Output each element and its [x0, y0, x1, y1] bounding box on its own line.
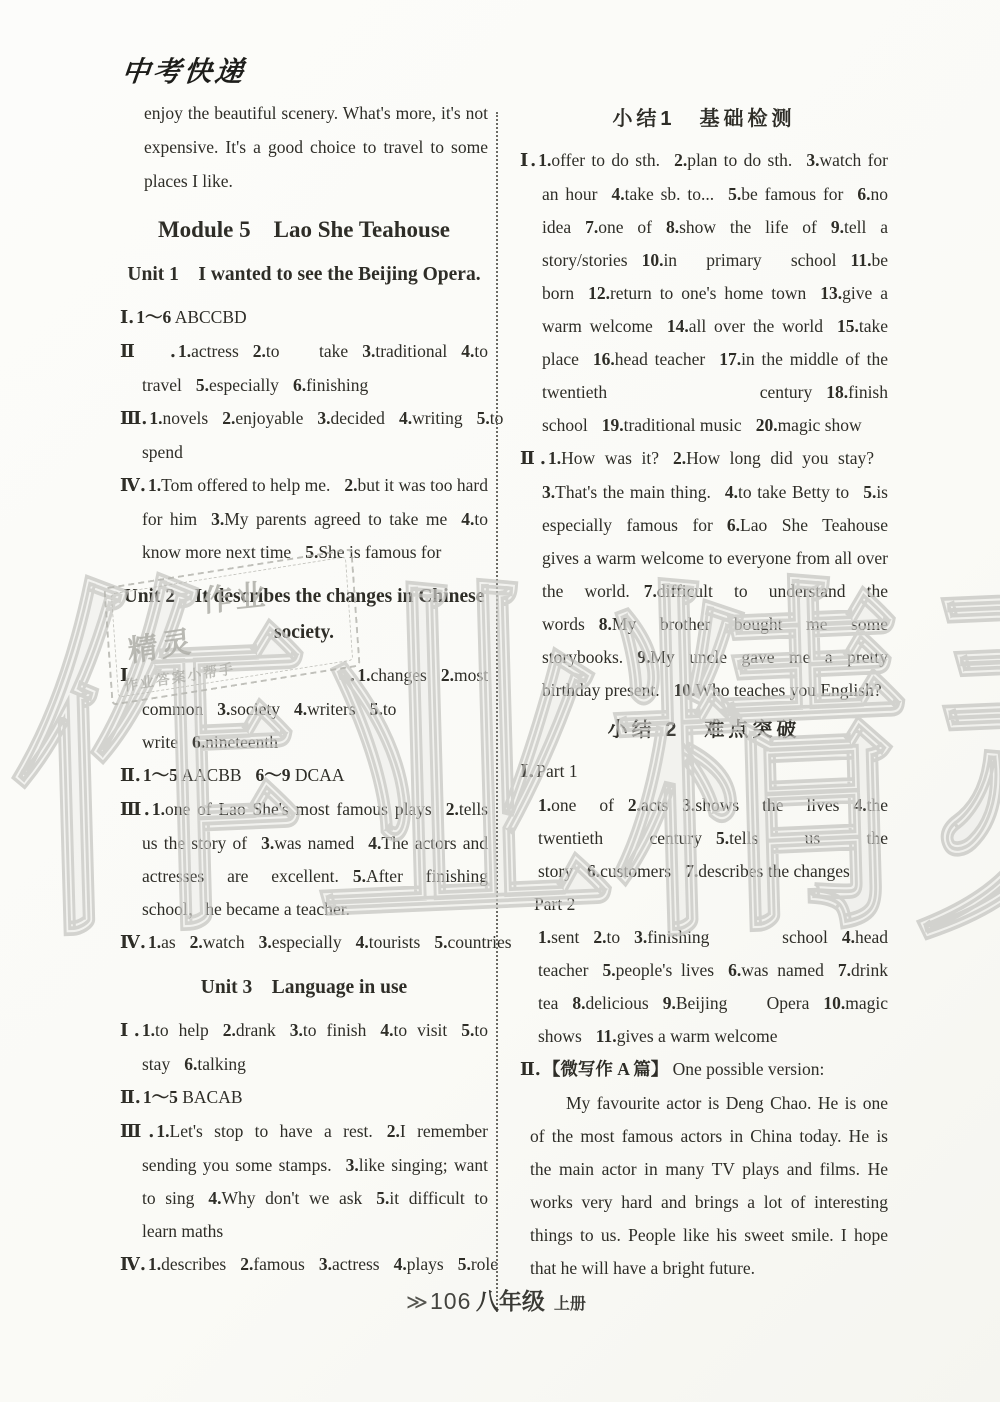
- page-number: 106: [430, 1288, 471, 1314]
- answer-text: in primary school: [663, 250, 836, 270]
- answer-text: describes the changes: [698, 861, 850, 881]
- answer-text: Beijing Opera: [676, 993, 810, 1013]
- answer-item: 1.Tom offered to help me.: [148, 475, 330, 495]
- answer-number: 16.: [593, 349, 615, 369]
- answer-block: Ⅲ.1.novels2.enjoyable3.decided4.writing5…: [120, 402, 488, 469]
- answer-block: Ⅰ.Part 1: [520, 755, 888, 789]
- answer-text: to finish: [303, 1020, 366, 1040]
- answer-text: drank: [236, 1020, 276, 1040]
- answer-text: plays: [407, 1254, 444, 1274]
- answer-text: head teacher: [615, 349, 705, 369]
- answer-number: 2.: [674, 150, 687, 170]
- answer-text: traditional music: [624, 415, 742, 435]
- answer-text: nineteenth: [205, 732, 278, 752]
- answer-number: 3.: [634, 927, 647, 947]
- grade-label: 八年级: [476, 1288, 545, 1314]
- answer-text: She is famous for: [318, 542, 441, 562]
- answer-number: 6.: [293, 375, 306, 395]
- answer-number: 2.: [673, 448, 686, 468]
- answer-text: actress: [191, 341, 239, 361]
- answer-text: one of: [551, 795, 614, 815]
- answer-item: 1.novels: [149, 408, 208, 428]
- answer-number: 11.: [851, 250, 872, 270]
- section-numeral: Ⅰ.: [520, 762, 534, 782]
- paragraph: My favourite actor is Deng Chao. He is o…: [530, 1087, 888, 1285]
- answer-item: 6.nineteenth: [192, 732, 278, 752]
- answer-number: 1.: [142, 1020, 155, 1040]
- answer-number: 1.: [152, 799, 165, 819]
- answer-number: 4.: [399, 408, 412, 428]
- answer-number: 4.: [725, 482, 738, 502]
- answer-block: Ⅱ.【微写作 A 篇】 One possible version:: [520, 1053, 888, 1087]
- answer-block: Ⅰ.1.changes2.most common3.society4.write…: [120, 659, 488, 759]
- answer-block: Ⅰ.1.to help2.drank3.to finish4.to visit5…: [120, 1014, 488, 1081]
- section-numeral: Ⅱ.: [120, 766, 141, 786]
- answer-text: changes: [370, 665, 426, 685]
- answer-text: all over the world: [689, 316, 823, 336]
- section-numeral: Ⅳ.: [120, 476, 146, 496]
- answer-text: plan to do sth.: [687, 150, 792, 170]
- answer-text: delicious: [586, 993, 649, 1013]
- answer-item: 2.enjoyable: [222, 408, 303, 428]
- answer-number: 12.: [588, 283, 610, 303]
- answer-item: 2.acts: [628, 795, 668, 815]
- answer-item: 6.customers: [587, 861, 671, 881]
- answer-number: 3.: [317, 408, 330, 428]
- answer-number: 8.: [599, 614, 612, 634]
- answer-item: 5.especially: [196, 375, 279, 395]
- answer-item: 3.finishing school: [634, 927, 828, 947]
- answer-item: 3.My parents agreed to take me: [211, 509, 447, 529]
- answer-number: 4.: [461, 341, 474, 361]
- answer-item: 20.magic show: [756, 415, 862, 435]
- answer-item: 1～5 BACAB: [143, 1087, 243, 1107]
- answer-block: Ⅱ.1～5 AACBB6～9 DCAA: [120, 759, 488, 793]
- answer-item: 1.actress: [178, 341, 239, 361]
- section-heading: 小结 2 难点突破: [520, 715, 888, 745]
- part-label: Part 2: [534, 888, 888, 921]
- answer-number: 17.: [719, 349, 741, 369]
- answer-item: 3.especially: [259, 932, 342, 952]
- answer-item: 3.society: [217, 699, 280, 719]
- answer-number: 4.: [380, 1020, 393, 1040]
- answer-number: 6.: [184, 1054, 197, 1074]
- answer-text: Why don't we ask: [222, 1188, 363, 1208]
- answer-number: 19.: [602, 415, 624, 435]
- answer-item: 4.to visit: [380, 1020, 447, 1040]
- answer-text: Let's stop to have a rest.: [170, 1121, 373, 1141]
- answer-number: 11.: [596, 1026, 617, 1046]
- answer-text: traditional: [375, 341, 447, 361]
- answer-item: 16.head teacher: [593, 349, 705, 369]
- answer-number: 2.: [344, 475, 357, 495]
- answer-number: 5.: [458, 1254, 471, 1274]
- answer-number: 1.: [538, 927, 551, 947]
- answer-number: 7.: [838, 960, 851, 980]
- answer-block: Ⅰ.1～6 ABCCBD: [120, 301, 488, 335]
- section-numeral: Ⅱ.: [120, 342, 176, 362]
- section-numeral: Ⅱ.: [520, 449, 546, 469]
- answer-number: 1.: [548, 448, 561, 468]
- answer-number: 3.: [806, 150, 819, 170]
- answer-number: 1～5: [143, 1087, 178, 1107]
- answer-number: 1.: [357, 665, 370, 685]
- answer-block: Ⅳ.1.Tom offered to help me.2.but it was …: [120, 469, 488, 569]
- section-numeral: Ⅳ.: [120, 1255, 146, 1275]
- answer-text: one of Lao She's most famous plays: [165, 799, 432, 819]
- answer-number: 3.: [682, 795, 695, 815]
- answer-item: 9.Beijing Opera: [663, 993, 810, 1013]
- answer-text: BACAB: [178, 1087, 243, 1107]
- answer-text: especially: [272, 932, 342, 952]
- answer-text: to take Betty to: [738, 482, 849, 502]
- answer-block: Ⅳ.1.describes2.famous3.actress4.plays5.r…: [120, 1248, 488, 1282]
- answer-text: Part 1: [536, 761, 577, 781]
- answer-number: 5.: [716, 828, 729, 848]
- answer-text: novels: [163, 408, 209, 428]
- answer-number: 20.: [756, 415, 778, 435]
- answer-number: 5.: [728, 184, 741, 204]
- answer-item: 1.Let's stop to have a rest.: [156, 1121, 372, 1141]
- answer-item: Part 1: [536, 761, 577, 781]
- unit-heading: Unit 2 It describes the changes in Chine…: [120, 579, 488, 651]
- answer-text: One possible version:: [668, 1059, 824, 1079]
- answer-text: How was it?: [561, 448, 659, 468]
- answer-item: 6.talking: [184, 1054, 246, 1074]
- answer-number: 10.: [823, 993, 845, 1013]
- answer-number: 6.: [857, 184, 870, 204]
- answer-number: 8.: [666, 217, 679, 237]
- answer-number: 【微写作 A 篇】: [543, 1059, 668, 1079]
- answer-text: Tom offered to help me.: [161, 475, 330, 495]
- answer-number: 6.: [727, 515, 740, 535]
- answer-block: 1.one of2.acts3.shows the lives4.the twe…: [520, 789, 888, 888]
- answer-text: return to one's home town: [610, 283, 806, 303]
- answer-number: 13.: [820, 283, 842, 303]
- answer-item: 3.decided: [317, 408, 385, 428]
- answer-item: 4.writers: [294, 699, 356, 719]
- answer-text: offer to do sth.: [551, 150, 660, 170]
- answer-number: 4.: [368, 833, 381, 853]
- answer-text: especially: [209, 375, 279, 395]
- section-numeral: Ⅲ.: [120, 800, 150, 820]
- answer-item: 8.show the life of: [666, 217, 817, 237]
- answer-item: 3.to finish: [290, 1020, 367, 1040]
- answer-number: 6.: [587, 861, 600, 881]
- answer-item: 3.traditional: [362, 341, 447, 361]
- answer-item: 10.Who teaches you English?: [674, 680, 882, 700]
- answer-block: 1.sent2.to3.finishing school4.head teach…: [520, 921, 888, 1053]
- answer-item: 1.sent: [538, 927, 579, 947]
- answer-item: 1.describes: [148, 1254, 226, 1274]
- answer-item: 11.gives a warm welcome: [596, 1026, 778, 1046]
- answer-text: as: [161, 932, 176, 952]
- answer-number: 7.: [685, 861, 698, 881]
- answer-number: 2.: [223, 1020, 236, 1040]
- answer-number: 3.: [211, 509, 224, 529]
- answer-item: 6.was named: [728, 960, 824, 980]
- answer-number: 8.: [572, 993, 585, 1013]
- answer-item: 2.to take: [253, 341, 348, 361]
- answer-item: 6.finishing: [293, 375, 368, 395]
- answer-text: sent: [551, 927, 579, 947]
- answer-text: watch: [203, 932, 245, 952]
- answer-text: one of: [598, 217, 652, 237]
- answer-text: That's the main thing.: [555, 482, 711, 502]
- answer-number: 5.: [863, 482, 876, 502]
- answer-item: 3.was named: [261, 833, 354, 853]
- module-heading: Module 5 Lao She Teahouse: [120, 215, 488, 245]
- answer-number: 4.: [394, 1254, 407, 1274]
- scanned-workbook-page: 中考快递 enjoy the beautiful scenery. What's…: [0, 0, 1000, 1402]
- answer-text: decided: [331, 408, 385, 428]
- answer-text: countries: [447, 932, 511, 952]
- answer-text: DCAA: [291, 765, 345, 785]
- left-column: enjoy the beautiful scenery. What's more…: [120, 96, 488, 1282]
- answer-text: be famous for: [741, 184, 843, 204]
- answer-number: 2.: [628, 795, 641, 815]
- unit-heading: Unit 1 I wanted to see the Beijing Opera…: [120, 257, 488, 293]
- answer-item: 10.in primary school: [642, 250, 837, 270]
- answer-number: 9.: [831, 217, 844, 237]
- answer-text: to help: [155, 1020, 209, 1040]
- volume-label: 上册: [554, 1296, 586, 1313]
- answer-item: 5.be famous for: [728, 184, 843, 204]
- answer-item: 2.to: [593, 927, 620, 947]
- answer-item: 1.How was it?: [548, 448, 659, 468]
- answer-text: to: [606, 927, 620, 947]
- answer-item: 19.traditional music: [602, 415, 742, 435]
- answer-item: 5.role: [458, 1254, 498, 1274]
- section-numeral: Ⅲ.: [120, 409, 147, 429]
- answer-number: 1.: [148, 475, 161, 495]
- answer-text: acts: [641, 795, 668, 815]
- answer-number: 3.: [217, 699, 230, 719]
- answer-item: 5.countries: [434, 932, 511, 952]
- answer-number: 10.: [674, 680, 696, 700]
- answer-block: Ⅲ.1.Let's stop to have a rest.2.I rememb…: [120, 1115, 488, 1248]
- answer-number: 1.: [148, 932, 161, 952]
- answer-item: 1～6 ABCCBD: [136, 307, 246, 327]
- answer-text: describes: [161, 1254, 226, 1274]
- answer-number: 1～5: [143, 765, 178, 785]
- answer-number: 5.: [305, 542, 318, 562]
- answer-number: 1.: [538, 150, 551, 170]
- section-numeral: Ⅱ.: [520, 1060, 541, 1080]
- answer-number: 10.: [642, 250, 664, 270]
- answer-number: 4.: [853, 795, 866, 815]
- answer-item: 1.to help: [142, 1020, 209, 1040]
- answer-number: 2.: [446, 799, 459, 819]
- answer-number: 3.: [542, 482, 555, 502]
- answer-number: 5.: [376, 1188, 389, 1208]
- answer-number: 1.: [538, 795, 551, 815]
- section-numeral: Ⅱ.: [120, 1088, 141, 1108]
- answer-number: 9.: [663, 993, 676, 1013]
- page-footer: ≫106 八年级上册: [406, 1283, 586, 1316]
- unit-heading: Unit 3 Language in use: [120, 970, 488, 1006]
- answer-item: 5.She is famous for: [305, 542, 441, 562]
- answer-number: 3.: [319, 1254, 332, 1274]
- answer-item: 1.one of: [538, 795, 614, 815]
- answer-item: 8.delicious: [572, 993, 648, 1013]
- answer-number: 6.: [192, 732, 205, 752]
- section-numeral: Ⅲ.: [120, 1122, 154, 1142]
- answer-item: 1.changes: [357, 665, 427, 685]
- answer-number: 5.: [461, 1020, 474, 1040]
- paragraph: enjoy the beautiful scenery. What's more…: [144, 96, 488, 198]
- answer-text: Who teaches you English?: [695, 680, 881, 700]
- answer-number: 1～6: [136, 307, 171, 327]
- answer-item: 1.as: [148, 932, 176, 952]
- answer-text: My parents agreed to take me: [224, 509, 447, 529]
- answer-text: magic show: [778, 415, 862, 435]
- answer-text: to visit: [394, 1020, 448, 1040]
- answer-number: 4.: [208, 1188, 221, 1208]
- answer-number: 2.: [387, 1121, 400, 1141]
- answer-number: 4.: [611, 184, 624, 204]
- answer-item: 2.plan to do sth.: [674, 150, 792, 170]
- answer-text: was named: [274, 833, 354, 853]
- answer-item: 1～5 AACBB: [143, 765, 242, 785]
- section-heading: 小结1 基础检测: [520, 104, 888, 134]
- answer-text: ABCCBD: [171, 307, 246, 327]
- answer-number: 2.: [222, 408, 235, 428]
- answer-text: to take: [266, 341, 348, 361]
- answer-number: 7.: [585, 217, 598, 237]
- answer-number: 3.: [290, 1020, 303, 1040]
- answer-text: famous: [253, 1254, 305, 1274]
- answer-text: take sb. to...: [625, 184, 715, 204]
- answer-text: shows the lives: [695, 795, 839, 815]
- answer-number: 5.: [196, 375, 209, 395]
- answer-number: 5.: [434, 932, 447, 952]
- answer-item: 3.That's the main thing.: [542, 482, 711, 502]
- answer-text: tourists: [369, 932, 421, 952]
- answer-number: 14.: [667, 316, 689, 336]
- answer-item: 4.to take Betty to: [725, 482, 849, 502]
- answer-item: 1.one of Lao She's most famous plays: [152, 799, 432, 819]
- answer-item: 4.Why don't we ask: [208, 1188, 362, 1208]
- answer-number: 1.: [149, 408, 162, 428]
- answer-item: 4.plays: [394, 1254, 444, 1274]
- answer-item: 2.How long did you stay?: [673, 448, 874, 468]
- answer-text: role: [471, 1254, 498, 1274]
- section-numeral: Ⅰ.: [120, 308, 134, 328]
- answer-number: 1.: [156, 1121, 169, 1141]
- answer-item: 2.watch: [190, 932, 245, 952]
- answer-text: How long did you stay?: [686, 448, 874, 468]
- column-divider: [496, 112, 498, 1312]
- answer-item: 2.drank: [223, 1020, 276, 1040]
- answer-number: 15.: [837, 316, 859, 336]
- answer-number: 3.: [346, 1155, 359, 1175]
- answer-item: 4.tourists: [356, 932, 421, 952]
- answer-number: 18.: [826, 382, 848, 402]
- right-column: 小结1 基础检测Ⅰ.1.offer to do sth.2.plan to do…: [520, 96, 888, 1285]
- answer-block: Ⅱ.1～5 BACAB: [120, 1081, 488, 1115]
- answer-number: 7.: [644, 581, 657, 601]
- answer-item: 5.people's lives: [603, 960, 715, 980]
- answer-block: Ⅰ.1.offer to do sth.2.plan to do sth.3.w…: [520, 144, 888, 442]
- answer-block: Ⅲ.1.one of Lao She's most famous plays2.…: [120, 793, 488, 926]
- answer-item: 3.shows the lives: [682, 795, 839, 815]
- answer-item: 1.offer to do sth.: [538, 150, 660, 170]
- answer-number: 2.: [593, 927, 606, 947]
- answer-number: 4.: [356, 932, 369, 952]
- section-numeral: Ⅰ.: [120, 666, 355, 686]
- answer-item: 【微写作 A 篇】 One possible version:: [543, 1059, 824, 1079]
- answer-text: writers: [307, 699, 356, 719]
- answer-number: 1.: [178, 341, 191, 361]
- answer-text: show the life of: [679, 217, 817, 237]
- answer-number: 5.: [477, 408, 490, 428]
- answer-text: AACBB: [178, 765, 242, 785]
- answer-text: talking: [197, 1054, 246, 1074]
- answer-text: gives a warm welcome: [617, 1026, 778, 1046]
- answer-number: 3.: [259, 932, 272, 952]
- booklet-brand-logo: 中考快递: [120, 50, 248, 90]
- answer-number: 5.: [353, 866, 366, 886]
- answer-number: 4.: [294, 699, 307, 719]
- answer-item: 3.actress: [319, 1254, 380, 1274]
- answer-number: 6～9: [256, 765, 291, 785]
- answer-number: 9.: [637, 647, 650, 667]
- answer-item: 12.return to one's home town: [588, 283, 806, 303]
- answer-number: 3.: [261, 833, 274, 853]
- answer-item: 4.take sb. to...: [611, 184, 714, 204]
- answer-text: society: [230, 699, 280, 719]
- answer-number: 2.: [190, 932, 203, 952]
- answer-number: 3.: [362, 341, 375, 361]
- section-numeral: Ⅰ.: [520, 151, 536, 171]
- answer-text: actress: [332, 1254, 380, 1274]
- footer-arrows: ≫: [406, 1291, 426, 1314]
- answer-text: was named: [741, 960, 824, 980]
- answer-text: finishing school: [647, 927, 828, 947]
- answer-number: 4.: [842, 927, 855, 947]
- answer-item: 7.describes the changes: [685, 861, 850, 881]
- answer-number: 2.: [441, 665, 454, 685]
- answer-number: 2.: [240, 1254, 253, 1274]
- answer-number: 4.: [461, 509, 474, 529]
- answer-block: Ⅳ.1.as2.watch3.especially4.tourists5.cou…: [120, 926, 488, 960]
- answer-block: Ⅱ.1.actress2.to take3.traditional4.to tr…: [120, 335, 488, 402]
- section-numeral: Ⅳ.: [120, 933, 146, 953]
- answer-item: 2.famous: [240, 1254, 305, 1274]
- answer-number: 5.: [603, 960, 616, 980]
- answer-item: 6～9 DCAA: [256, 765, 345, 785]
- answer-number: 2.: [253, 341, 266, 361]
- answer-text: writing: [412, 408, 463, 428]
- section-numeral: Ⅰ.: [120, 1021, 140, 1041]
- answer-text: people's lives: [616, 960, 714, 980]
- answer-item: 4.writing: [399, 408, 463, 428]
- watermark-char: 灵: [905, 571, 1000, 959]
- answer-number: 5.: [370, 699, 383, 719]
- answer-text: finishing: [306, 375, 368, 395]
- answer-block: Ⅱ.1.How was it?2.How long did you stay?3…: [520, 442, 888, 707]
- answer-text: enjoyable: [235, 408, 303, 428]
- answer-number: 6.: [728, 960, 741, 980]
- answer-item: 7.one of: [585, 217, 652, 237]
- answer-item: 14.all over the world: [667, 316, 823, 336]
- answer-number: 1.: [148, 1254, 161, 1274]
- answer-text: customers: [600, 861, 671, 881]
